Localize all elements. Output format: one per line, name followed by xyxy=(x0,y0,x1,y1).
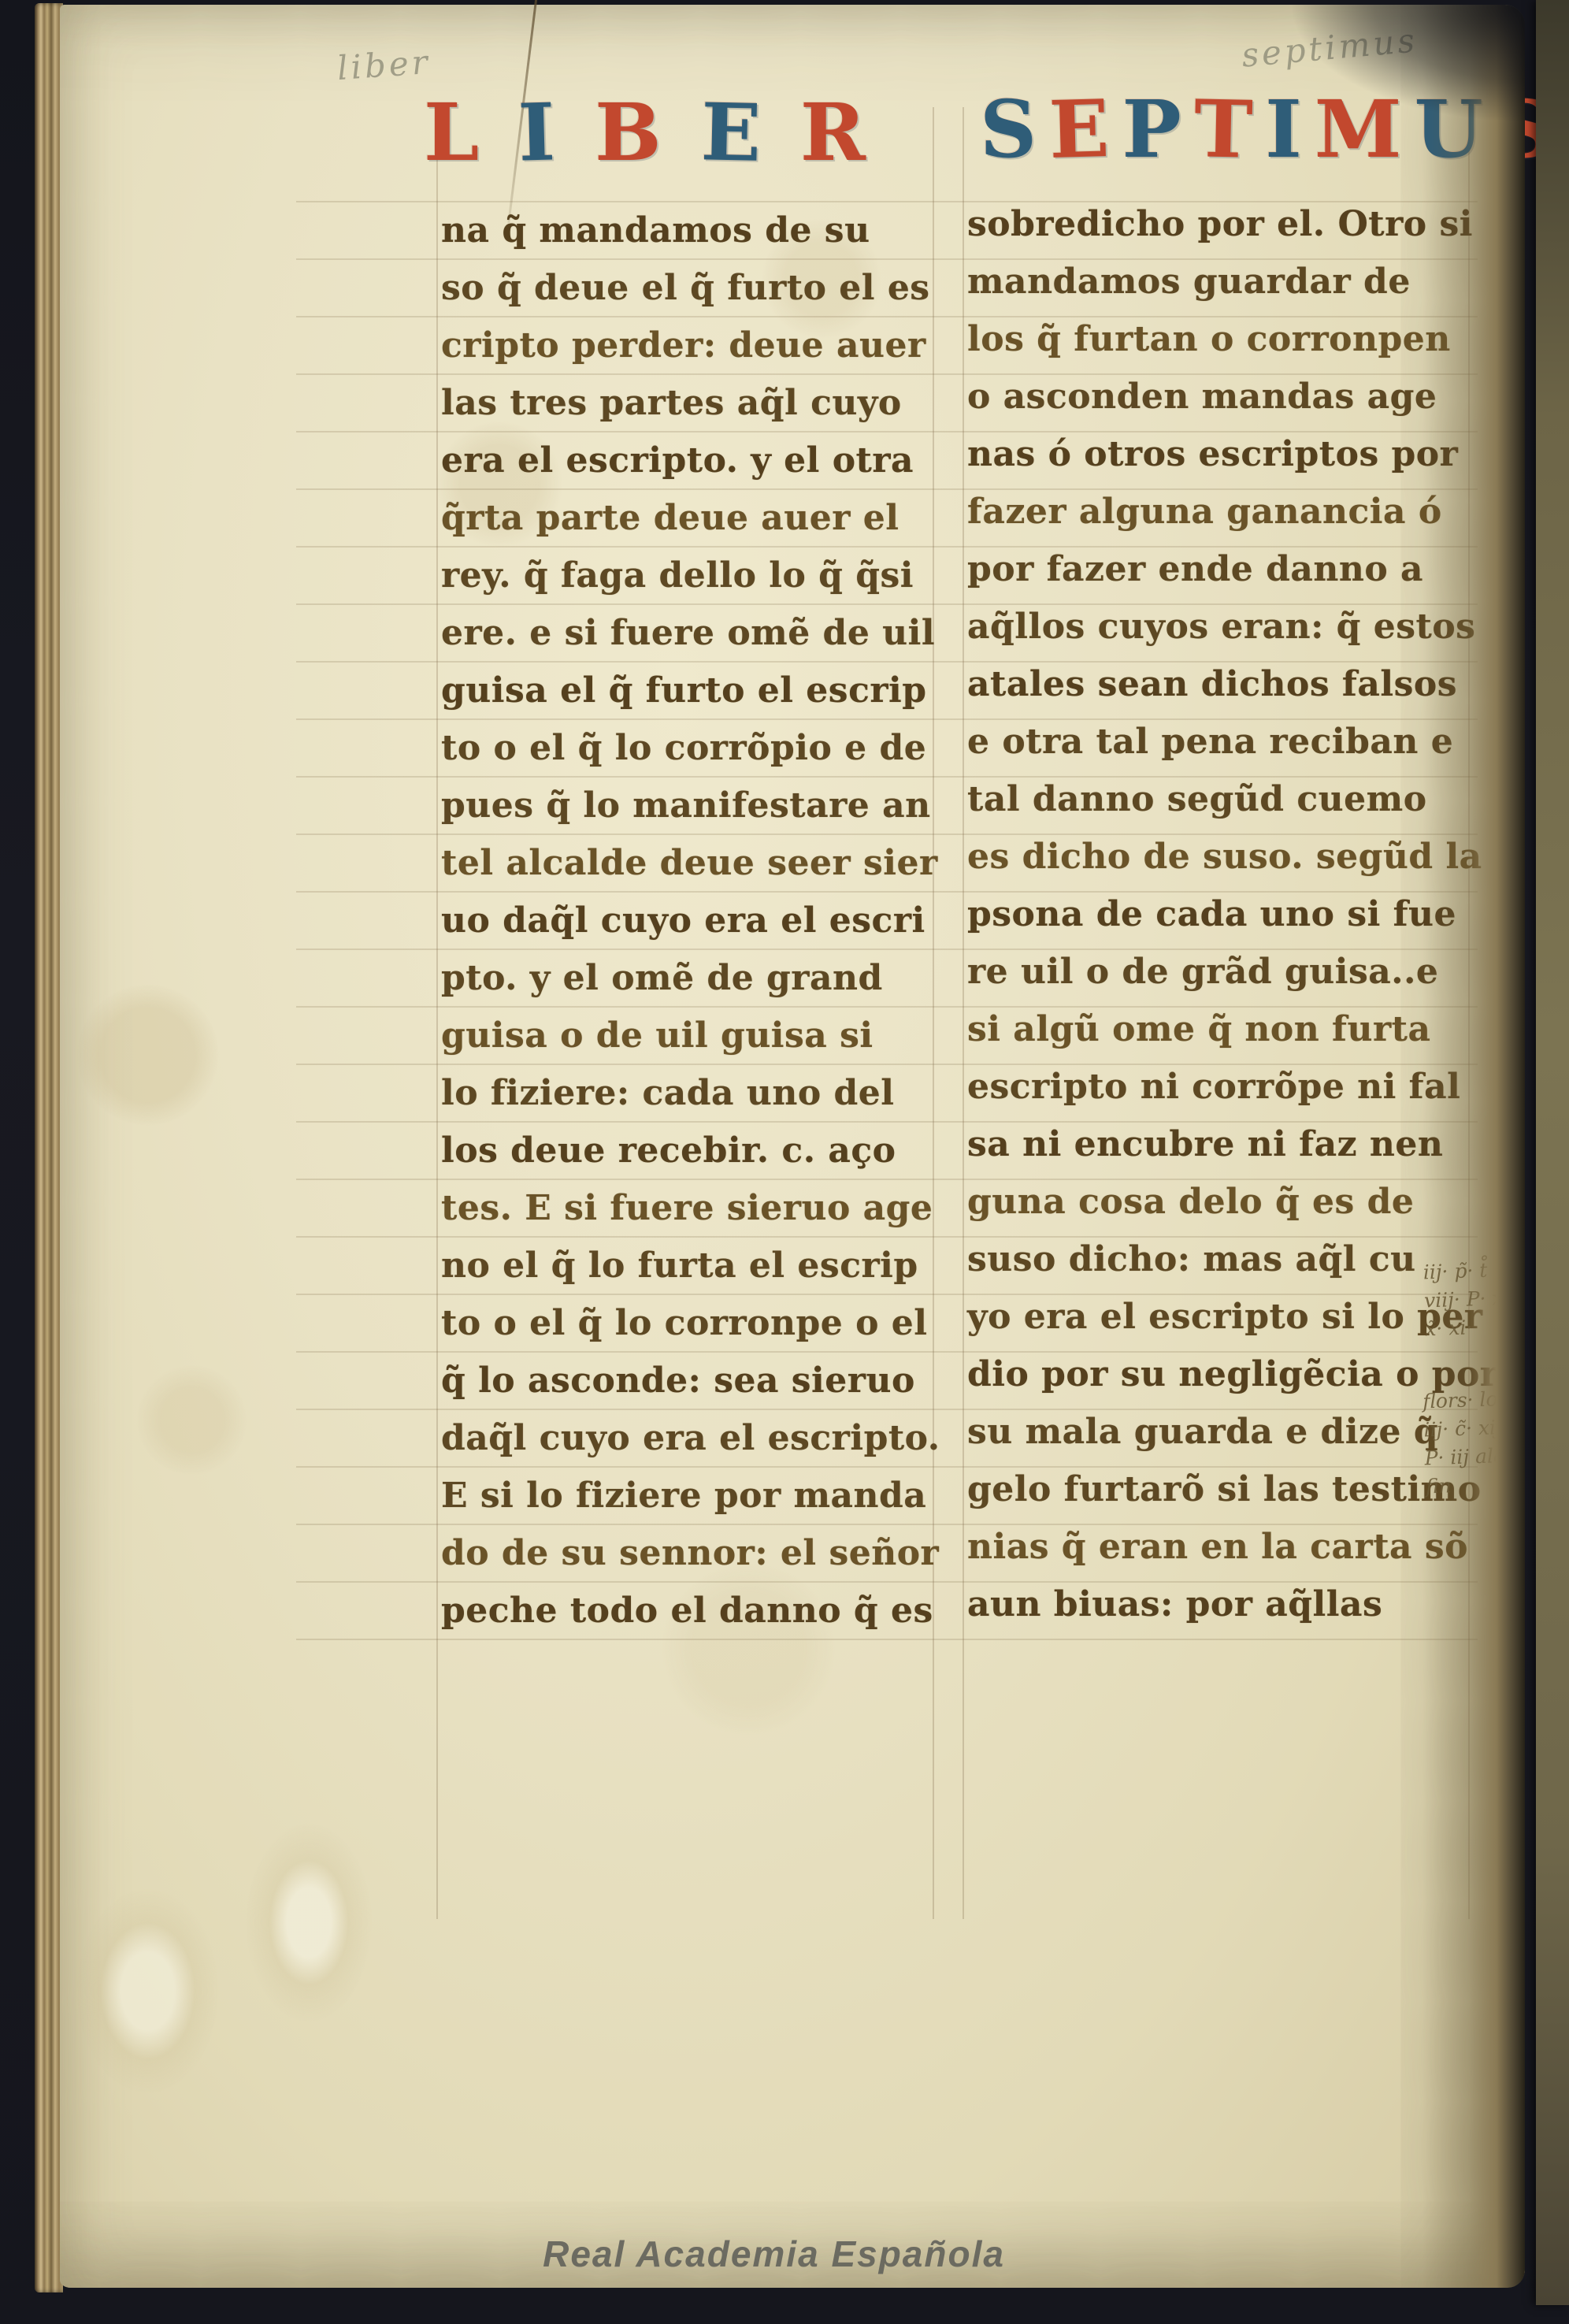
text-column-right: sobredicho por el. Otro simandamos guard… xyxy=(967,195,1493,1633)
header-letter: R xyxy=(800,93,866,172)
text-line: daq̃l cuyo era el escripto. xyxy=(441,1409,945,1467)
text-line: e otra tal pena reciban e xyxy=(967,713,1493,770)
text-line: si algũ ome q̃ non furta xyxy=(967,1001,1493,1058)
text-line: guna cosa delo q̃ es de xyxy=(967,1173,1493,1231)
text-line: aun biuas: por aq̃llas xyxy=(967,1576,1493,1633)
text-line: q̃rta parte deue auer el xyxy=(441,489,945,547)
text-line: escripto ni corrõpe ni fal xyxy=(967,1058,1493,1116)
text-line: so q̃ deue el q̃ furto el es xyxy=(441,259,945,317)
next-page-sliver xyxy=(1536,0,1569,2305)
text-line: psona de cada uno si fue xyxy=(967,885,1493,943)
text-line: las tres partes aq̃l cuyo xyxy=(441,374,945,432)
header-letter: I xyxy=(1265,90,1302,169)
header-letter: E xyxy=(700,92,762,173)
header-letter: M xyxy=(1315,90,1402,169)
text-line: guisa o de uil guisa si xyxy=(441,1007,945,1064)
text-line: su mala guarda e dize q̃ xyxy=(967,1403,1493,1461)
parchment-page: liber septimus LIBER SEPTIMUS na q̃ mand… xyxy=(60,5,1525,2288)
header-letter: I xyxy=(517,92,556,172)
text-line: no el q̃ lo furta el escrip xyxy=(441,1237,945,1294)
text-line: gelo furtarõ si las testimo xyxy=(967,1461,1493,1518)
header-letter: L xyxy=(424,93,479,172)
text-line: yo era el escripto si lo per xyxy=(967,1288,1493,1346)
text-line: era el escripto. y el otra xyxy=(441,432,945,489)
text-line: na q̃ mandamos de su xyxy=(441,202,945,259)
text-line: los deue recebir. c. aço xyxy=(441,1122,945,1179)
text-line: tes. E si fuere sieruo age xyxy=(441,1179,945,1237)
text-line: cripto perder: deue auer xyxy=(441,317,945,374)
text-line: rey. q̃ faga dello lo q̃ q̃si xyxy=(441,547,945,604)
manuscript-photo: liber septimus LIBER SEPTIMUS na q̃ mand… xyxy=(0,0,1569,2324)
text-line: atales sean dichos falsos xyxy=(967,655,1493,713)
text-line: o asconden mandas age xyxy=(967,368,1493,425)
text-line: ere. e si fuere omẽ de uil xyxy=(441,604,945,662)
faded-annotation-septimus: septimus xyxy=(1240,20,1419,74)
text-line: sobredicho por el. Otro si xyxy=(967,195,1493,253)
header-word-septimus: SEPTIMUS xyxy=(980,90,1552,169)
text-line: pues q̃ lo manifestare an xyxy=(441,777,945,834)
header-letter: U xyxy=(1415,90,1483,169)
vertical-ruling-line xyxy=(436,107,438,1919)
text-line: peche todo el danno q̃ es xyxy=(441,1582,945,1639)
header-letter: B xyxy=(595,93,662,172)
text-line: dio por su negligẽcia o por xyxy=(967,1346,1493,1403)
text-line: pto. y el omẽ de grand xyxy=(441,949,945,1007)
text-line: por fazer ende danno a xyxy=(967,540,1493,598)
library-watermark: Real Academia Española xyxy=(543,2233,1005,2275)
header-letter: P xyxy=(1122,90,1181,169)
book-gutter-page-edges xyxy=(35,3,63,2292)
text-line: nias q̃ eran en la carta sõ xyxy=(967,1518,1493,1576)
text-line: do de su sennor: el señor xyxy=(441,1524,945,1582)
text-line: es dicho de suso. segũd la xyxy=(967,828,1493,885)
text-column-left: na q̃ mandamos de suso q̃ deue el q̃ fur… xyxy=(441,202,945,1639)
text-line: re uil o de grãd guisa..e xyxy=(967,943,1493,1001)
text-line: guisa el q̃ furto el escrip xyxy=(441,662,945,719)
text-line: fazer alguna ganancia ó xyxy=(967,483,1493,540)
text-line: sa ni encubre ni faz nen xyxy=(967,1116,1493,1173)
text-line: tel alcalde deue seer sier xyxy=(441,834,945,892)
faded-annotation-liber: liber xyxy=(336,43,432,87)
header-word-liber: LIBER xyxy=(424,93,866,172)
text-line: nas ó otros escriptos por xyxy=(967,425,1493,483)
text-line: E si lo fiziere por manda xyxy=(441,1467,945,1524)
text-line: suso dicho: mas aq̃l cu xyxy=(967,1231,1493,1288)
header-letter: T xyxy=(1193,89,1253,169)
text-line: q̃ lo asconde: sea sieruo xyxy=(441,1352,945,1409)
text-line: lo fiziere: cada uno del xyxy=(441,1064,945,1122)
text-line: tal danno segũd cuemo xyxy=(967,770,1493,828)
text-line: to o el q̃ lo corrõpio e de xyxy=(441,719,945,777)
text-line: aq̃llos cuyos eran: q̃ estos xyxy=(967,598,1493,655)
text-line: uo daq̃l cuyo era el escri xyxy=(441,892,945,949)
text-line: to o el q̃ lo corronpe o el xyxy=(441,1294,945,1352)
vertical-ruling-line xyxy=(963,107,964,1919)
text-line: los q̃ furtan o corronpen xyxy=(967,310,1493,368)
header-letter: E xyxy=(1048,89,1111,169)
text-line: mandamos guardar de xyxy=(967,253,1493,310)
header-letter: S xyxy=(980,90,1037,169)
